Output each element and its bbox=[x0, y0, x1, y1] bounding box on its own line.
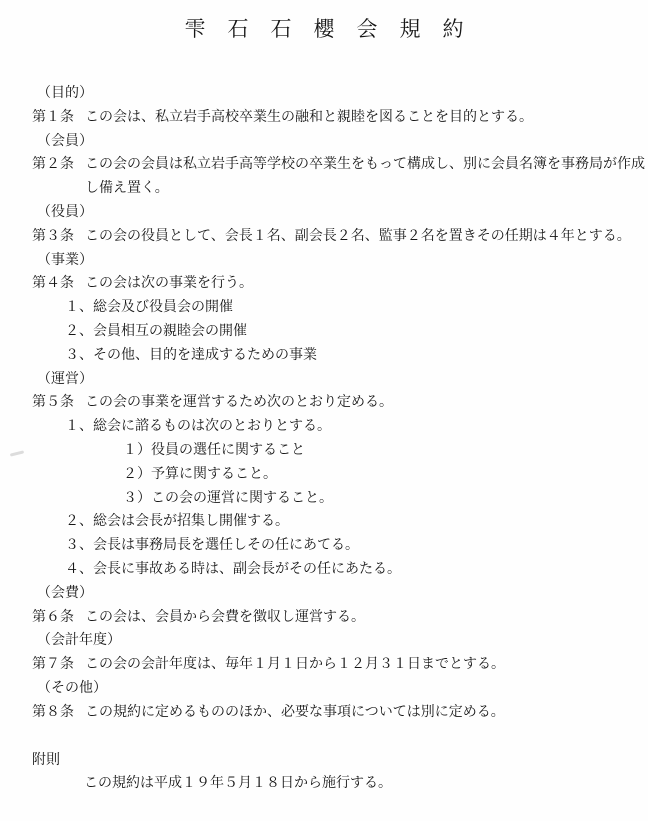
article-4-text: この会は次の事業を行う。 bbox=[85, 272, 645, 296]
article-7-text: この会の会計年度は、毎年１月１日から１２月３１日までとする。 bbox=[85, 653, 645, 677]
section-heading-activities: （事業） bbox=[0, 249, 648, 273]
list-item: １、総会及び役員会の開催 bbox=[0, 296, 648, 320]
article-7: 第７条 この会の会計年度は、毎年１月１日から１２月３１日までとする。 bbox=[0, 653, 648, 677]
sub-list-item: ２）予算に関すること。 bbox=[0, 463, 648, 487]
article-5-text: この会の事業を運営するため次のとおり定める。 bbox=[85, 391, 645, 415]
list-item: ２、会員相互の親睦会の開催 bbox=[0, 320, 648, 344]
article-6-text: この会は、会員から会費を徴収し運営する。 bbox=[85, 606, 645, 630]
article-3-number: 第３条 bbox=[32, 225, 85, 249]
sub-list-item: １）役員の選任に関すること bbox=[0, 439, 648, 463]
article-1: 第１条 この会は、私立岩手高校卒業生の融和と親睦を図ることを目的とする。 bbox=[0, 106, 648, 130]
article-2-text: この会の会員は私立岩手高等学校の卒業生をもって構成し、別に会員名簿を事務局が作成… bbox=[85, 153, 645, 201]
list-item: ２、総会は会長が招集し開催する。 bbox=[0, 510, 648, 534]
article-4-number: 第４条 bbox=[32, 272, 85, 296]
section-heading-officers: （役員） bbox=[0, 201, 648, 225]
article-6: 第６条 この会は、会員から会費を徴収し運営する。 bbox=[0, 606, 648, 630]
article-2-number: 第２条 bbox=[32, 153, 85, 177]
section-heading-management: （運営） bbox=[0, 368, 648, 392]
article-5: 第５条 この会の事業を運営するため次のとおり定める。 bbox=[0, 391, 648, 415]
article-4: 第４条 この会は次の事業を行う。 bbox=[0, 272, 648, 296]
article-7-number: 第７条 bbox=[32, 653, 85, 677]
article-2: 第２条 この会の会員は私立岩手高等学校の卒業生をもって構成し、別に会員名簿を事務… bbox=[0, 153, 648, 201]
section-heading-members: （会員） bbox=[0, 130, 648, 154]
section-heading-purpose: （目的） bbox=[0, 82, 648, 106]
supplement-heading: 附則 bbox=[0, 749, 648, 773]
section-heading-other: （その他） bbox=[0, 677, 648, 701]
list-item: ３、その他、目的を達成するための事業 bbox=[0, 344, 648, 368]
list-item: １、総会に諮るものは次のとおりとする。 bbox=[0, 415, 648, 439]
article-6-number: 第６条 bbox=[32, 606, 85, 630]
document-body: （目的） 第１条 この会は、私立岩手高校卒業生の融和と親睦を図ることを目的とする… bbox=[0, 82, 648, 796]
article-1-number: 第１条 bbox=[32, 106, 85, 130]
article-8-number: 第８条 bbox=[32, 701, 85, 725]
document-title: 雫石石櫻会規約 bbox=[0, 0, 648, 41]
article-5-number: 第５条 bbox=[32, 391, 85, 415]
document-page: 雫石石櫻会規約 （目的） 第１条 この会は、私立岩手高校卒業生の融和と親睦を図る… bbox=[0, 0, 648, 821]
list-item: ３、会長は事務局長を選任しその任にあてる。 bbox=[0, 534, 648, 558]
supplement-text: この規約は平成１９年５月１８日から施行する。 bbox=[0, 772, 648, 796]
article-1-text: この会は、私立岩手高校卒業生の融和と親睦を図ることを目的とする。 bbox=[85, 106, 645, 130]
article-8-text: この規約に定めるもののほか、必要な事項については別に定める。 bbox=[85, 701, 645, 725]
section-heading-fees: （会費） bbox=[0, 582, 648, 606]
article-8: 第８条 この規約に定めるもののほか、必要な事項については別に定める。 bbox=[0, 701, 648, 725]
article-3: 第３条 この会の役員として、会長１名、副会長２名、監事２名を置きその任期は４年と… bbox=[0, 225, 648, 249]
sub-list-item: ３）この会の運営に関すること。 bbox=[0, 487, 648, 511]
article-3-text: この会の役員として、会長１名、副会長２名、監事２名を置きその任期は４年とする。 bbox=[85, 225, 645, 249]
section-heading-fiscal-year: （会計年度） bbox=[0, 629, 648, 653]
list-item: ４、会長に事故ある時は、副会長がその任にあたる。 bbox=[0, 558, 648, 582]
